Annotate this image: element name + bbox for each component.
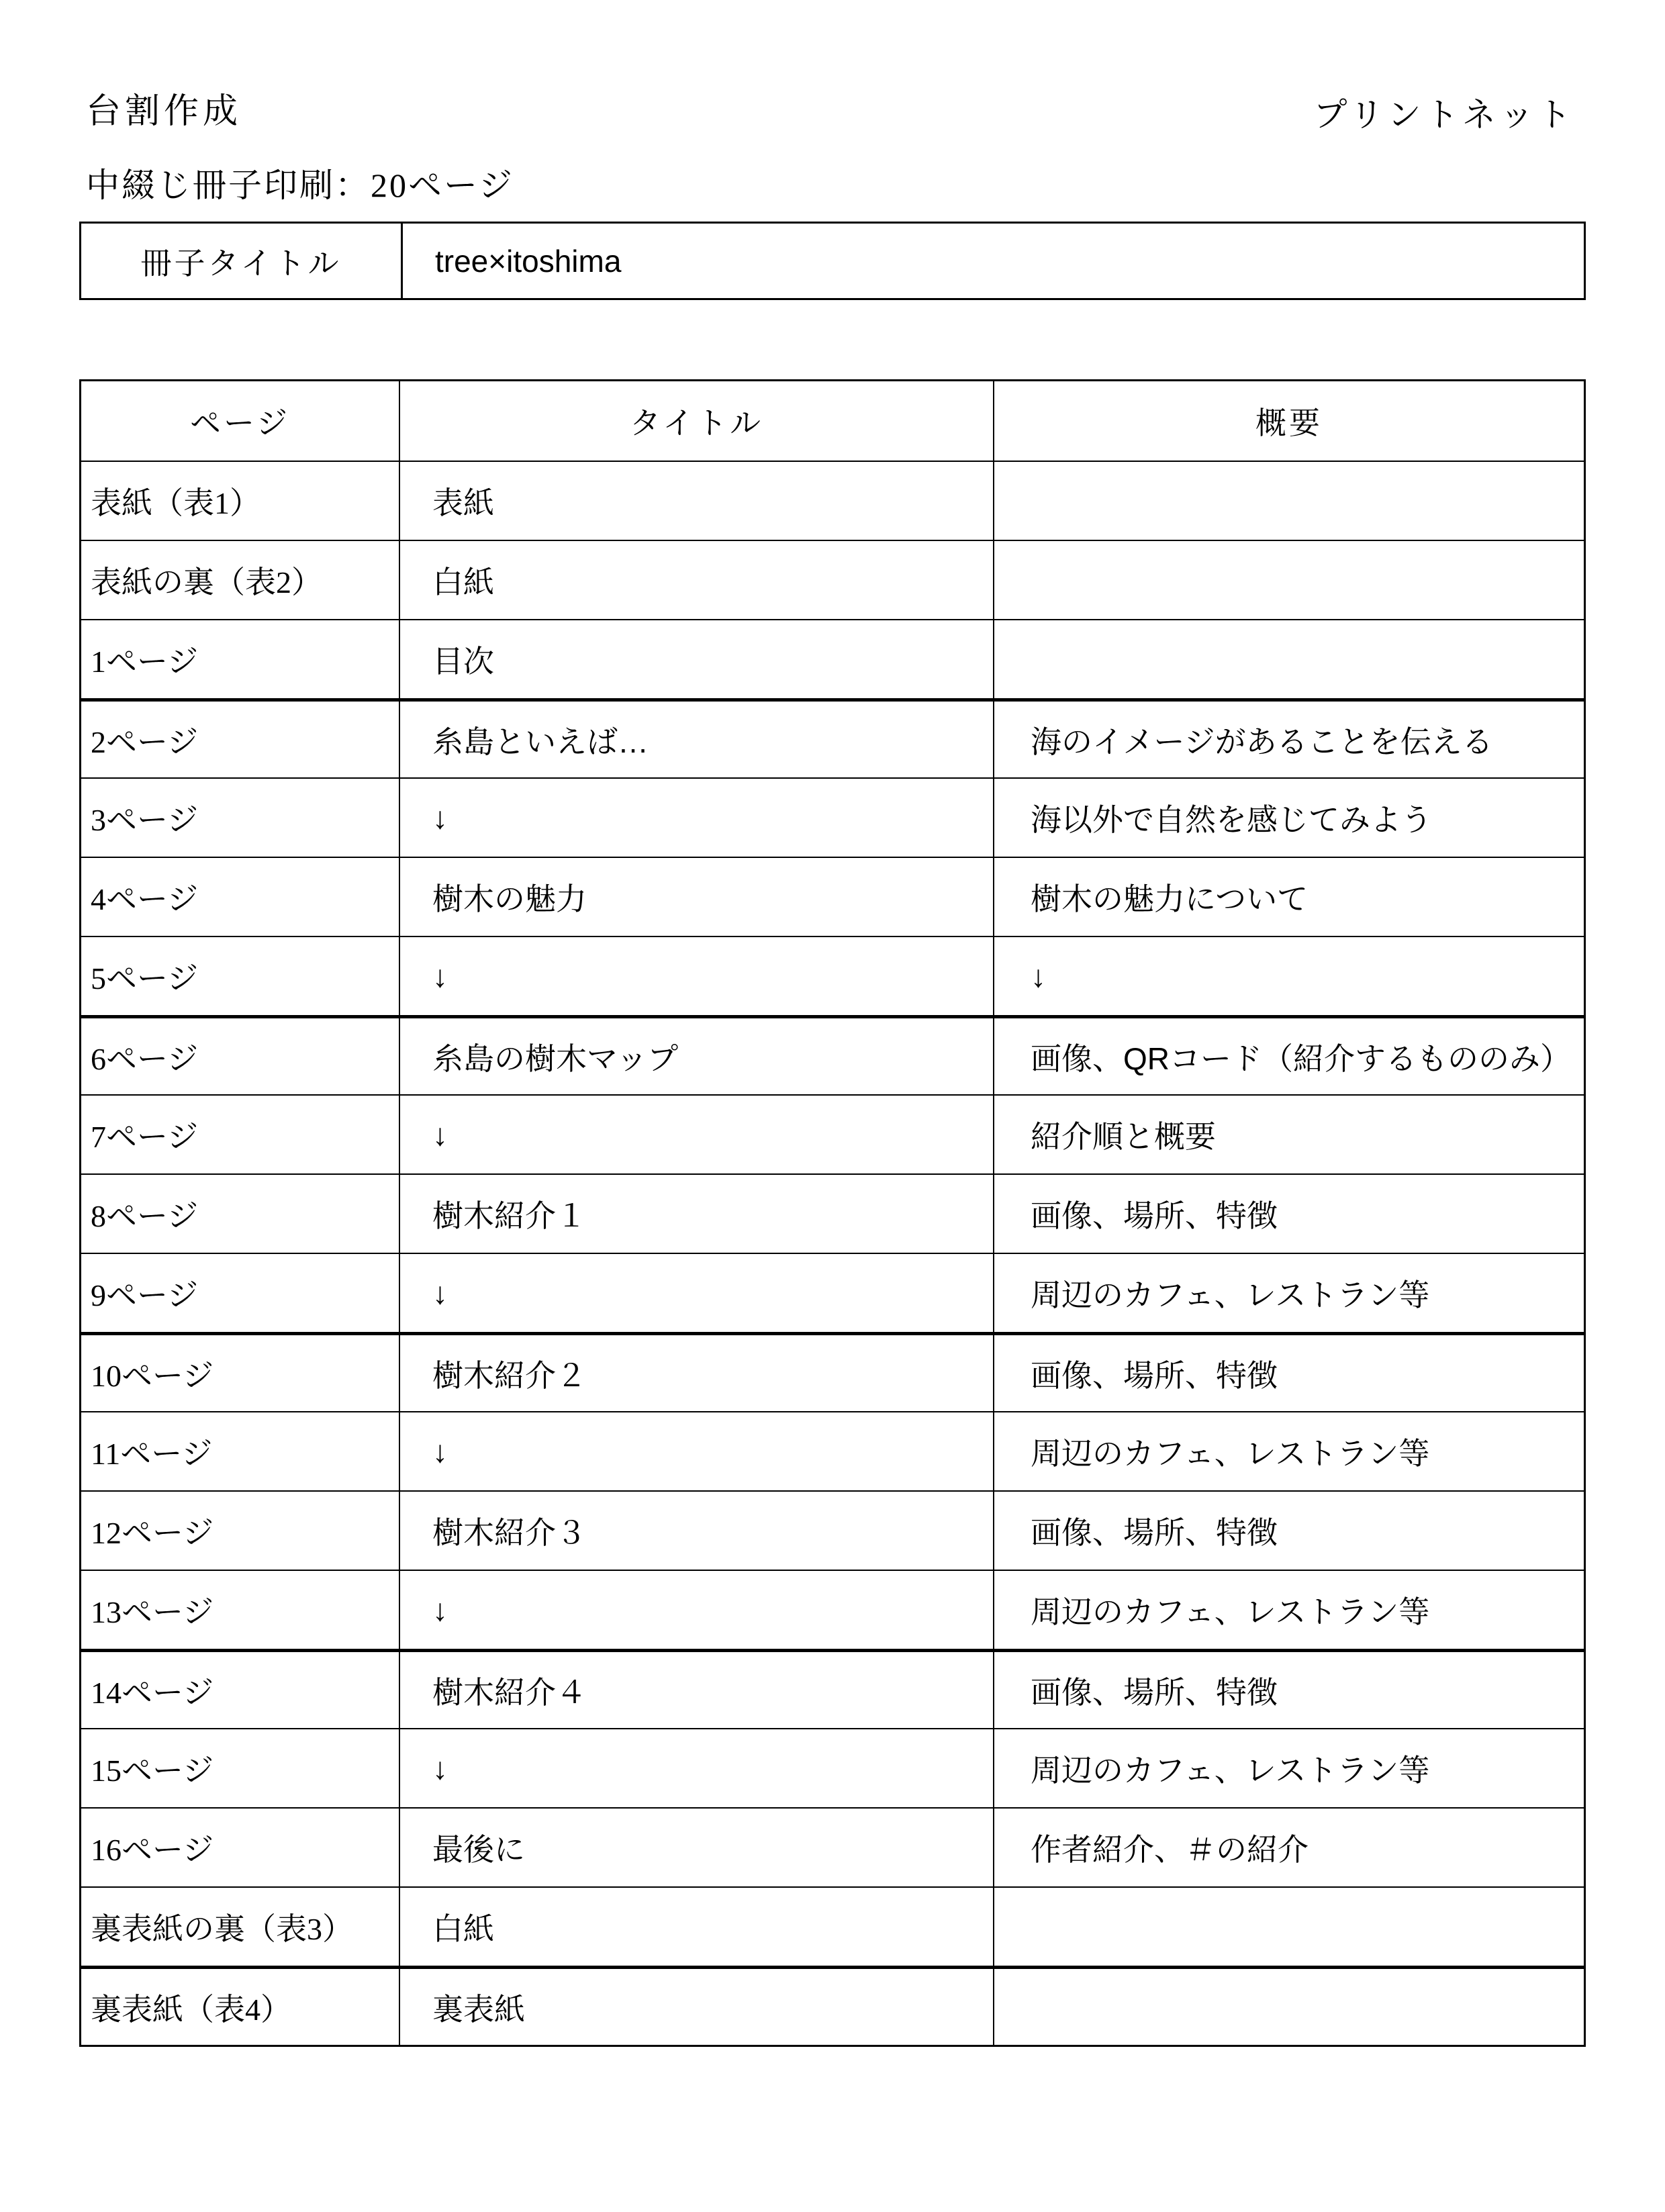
page-cell: 表紙の裏（表2） bbox=[81, 541, 399, 619]
header-page-column: ページ bbox=[81, 381, 399, 461]
page-cell: 5ページ bbox=[81, 937, 399, 1015]
summary-cell: 画像、場所、特徴 bbox=[993, 1652, 1584, 1728]
title-cell: ↓ bbox=[399, 1571, 993, 1649]
table-row: 表紙の裏（表2） 白紙 bbox=[81, 540, 1584, 619]
header-title-column: タイトル bbox=[399, 381, 993, 461]
page-cell: 表紙（表1） bbox=[81, 462, 399, 540]
title-cell: 目次 bbox=[399, 620, 993, 698]
title-cell: 白紙 bbox=[399, 541, 993, 619]
table-row: 3ページ ↓ 海以外で自然を感じてみよう bbox=[81, 777, 1584, 857]
table-row: 裏表紙の裏（表3） 白紙 bbox=[81, 1886, 1584, 1966]
title-cell: 裏表紙 bbox=[399, 1969, 993, 2045]
summary-cell bbox=[993, 1969, 1584, 2045]
table-row: 9ページ ↓ 周辺のカフェ、レストラン等 bbox=[81, 1253, 1584, 1332]
summary-cell bbox=[993, 1888, 1584, 1966]
page-cell: 12ページ bbox=[81, 1492, 399, 1570]
title-cell: ↓ bbox=[399, 1412, 993, 1490]
page-cell: 10ページ bbox=[81, 1335, 399, 1411]
page-cell: 8ページ bbox=[81, 1175, 399, 1253]
page-layout-table: ページ タイトル 概要 表紙（表1） 表紙 表紙の裏（表2） 白紙 1ページ 目… bbox=[79, 379, 1586, 2047]
summary-cell bbox=[993, 462, 1584, 540]
summary-cell: 画像、QRコード（紹介するもののみ） bbox=[993, 1018, 1584, 1094]
page-cell: 1ページ bbox=[81, 620, 399, 698]
title-cell: 糸島の樹木マップ bbox=[399, 1018, 993, 1094]
table-row: 15ページ ↓ 周辺のカフェ、レストラン等 bbox=[81, 1728, 1584, 1807]
title-cell: ↓ bbox=[399, 1254, 993, 1332]
booklet-title-label: 冊子タイトル bbox=[81, 224, 403, 298]
summary-cell bbox=[993, 541, 1584, 619]
table-row: 8ページ 樹木紹介１ 画像、場所、特徴 bbox=[81, 1173, 1584, 1253]
table-row: 1ページ 目次 bbox=[81, 619, 1584, 698]
title-cell: 樹木紹介１ bbox=[399, 1175, 993, 1253]
page-cell: 13ページ bbox=[81, 1571, 399, 1649]
title-cell: 白紙 bbox=[399, 1888, 993, 1966]
table-row: 16ページ 最後に 作者紹介、＃の紹介 bbox=[81, 1807, 1584, 1886]
document-page: { "page": { "title": "台割作成", "brand": "プ… bbox=[0, 0, 1665, 2212]
table-header-row: ページ タイトル 概要 bbox=[81, 381, 1584, 461]
title-cell: 樹木紹介２ bbox=[399, 1335, 993, 1411]
summary-cell bbox=[993, 620, 1584, 698]
summary-cell: 紹介順と概要 bbox=[993, 1096, 1584, 1173]
brand-name: プリントネット bbox=[1314, 94, 1576, 136]
summary-cell: 画像、場所、特徴 bbox=[993, 1335, 1584, 1411]
booklet-title-value: tree×itoshima bbox=[403, 224, 1584, 298]
page-cell: 9ページ bbox=[81, 1254, 399, 1332]
summary-cell: ↓ bbox=[993, 937, 1584, 1015]
table-row: 4ページ 樹木の魅力 樹木の魅力について bbox=[81, 857, 1584, 936]
table-row: 10ページ 樹木紹介２ 画像、場所、特徴 bbox=[81, 1332, 1584, 1411]
page-cell: 7ページ bbox=[81, 1096, 399, 1173]
header-summary-column: 概要 bbox=[993, 381, 1584, 461]
title-cell: 表紙 bbox=[399, 462, 993, 540]
table-row: 2ページ 糸島といえば… 海のイメージがあることを伝える bbox=[81, 698, 1584, 777]
summary-cell: 周辺のカフェ、レストラン等 bbox=[993, 1254, 1584, 1332]
page-cell: 16ページ bbox=[81, 1809, 399, 1886]
table-row: 5ページ ↓ ↓ bbox=[81, 936, 1584, 1015]
summary-cell: 作者紹介、＃の紹介 bbox=[993, 1809, 1584, 1886]
title-cell: ↓ bbox=[399, 937, 993, 1015]
page-cell: 裏表紙（表4） bbox=[81, 1969, 399, 2045]
page-cell: 14ページ bbox=[81, 1652, 399, 1728]
summary-cell: 周辺のカフェ、レストラン等 bbox=[993, 1729, 1584, 1807]
page-cell: 6ページ bbox=[81, 1018, 399, 1094]
title-cell: ↓ bbox=[399, 1729, 993, 1807]
booklet-title-table: 冊子タイトル tree×itoshima bbox=[79, 222, 1586, 300]
table-row: 11ページ ↓ 周辺のカフェ、レストラン等 bbox=[81, 1411, 1584, 1490]
summary-cell: 海以外で自然を感じてみよう bbox=[993, 779, 1584, 857]
summary-cell: 周辺のカフェ、レストラン等 bbox=[993, 1412, 1584, 1490]
title-cell: 樹木紹介４ bbox=[399, 1652, 993, 1728]
summary-cell: 画像、場所、特徴 bbox=[993, 1492, 1584, 1570]
table-row: 6ページ 糸島の樹木マップ 画像、QRコード（紹介するもののみ） bbox=[81, 1015, 1584, 1094]
page-cell: 11ページ bbox=[81, 1412, 399, 1490]
page-cell: 2ページ bbox=[81, 702, 399, 777]
summary-cell: 樹木の魅力について bbox=[993, 858, 1584, 936]
table-row: 裏表紙（表4） 裏表紙 bbox=[81, 1966, 1584, 2045]
summary-cell: 海のイメージがあることを伝える bbox=[993, 702, 1584, 777]
summary-cell: 画像、場所、特徴 bbox=[993, 1175, 1584, 1253]
page-cell: 15ページ bbox=[81, 1729, 399, 1807]
booklet-spec-subtitle: 中綴じ冊子印刷：20ページ bbox=[86, 165, 514, 205]
page-title: 台割作成 bbox=[86, 91, 242, 133]
title-cell: 最後に bbox=[399, 1809, 993, 1886]
page-cell: 3ページ bbox=[81, 779, 399, 857]
page-cell: 裏表紙の裏（表3） bbox=[81, 1888, 399, 1966]
table-row: 14ページ 樹木紹介４ 画像、場所、特徴 bbox=[81, 1649, 1584, 1728]
table-row: 7ページ ↓ 紹介順と概要 bbox=[81, 1094, 1584, 1173]
title-cell: ↓ bbox=[399, 1096, 993, 1173]
title-cell: 樹木紹介３ bbox=[399, 1492, 993, 1570]
summary-cell: 周辺のカフェ、レストラン等 bbox=[993, 1571, 1584, 1649]
table-row: 表紙（表1） 表紙 bbox=[81, 461, 1584, 540]
table-row: 13ページ ↓ 周辺のカフェ、レストラン等 bbox=[81, 1570, 1584, 1649]
title-cell: 糸島といえば… bbox=[399, 702, 993, 777]
title-cell: ↓ bbox=[399, 779, 993, 857]
table-row: 12ページ 樹木紹介３ 画像、場所、特徴 bbox=[81, 1490, 1584, 1570]
title-cell: 樹木の魅力 bbox=[399, 858, 993, 936]
page-cell: 4ページ bbox=[81, 858, 399, 936]
